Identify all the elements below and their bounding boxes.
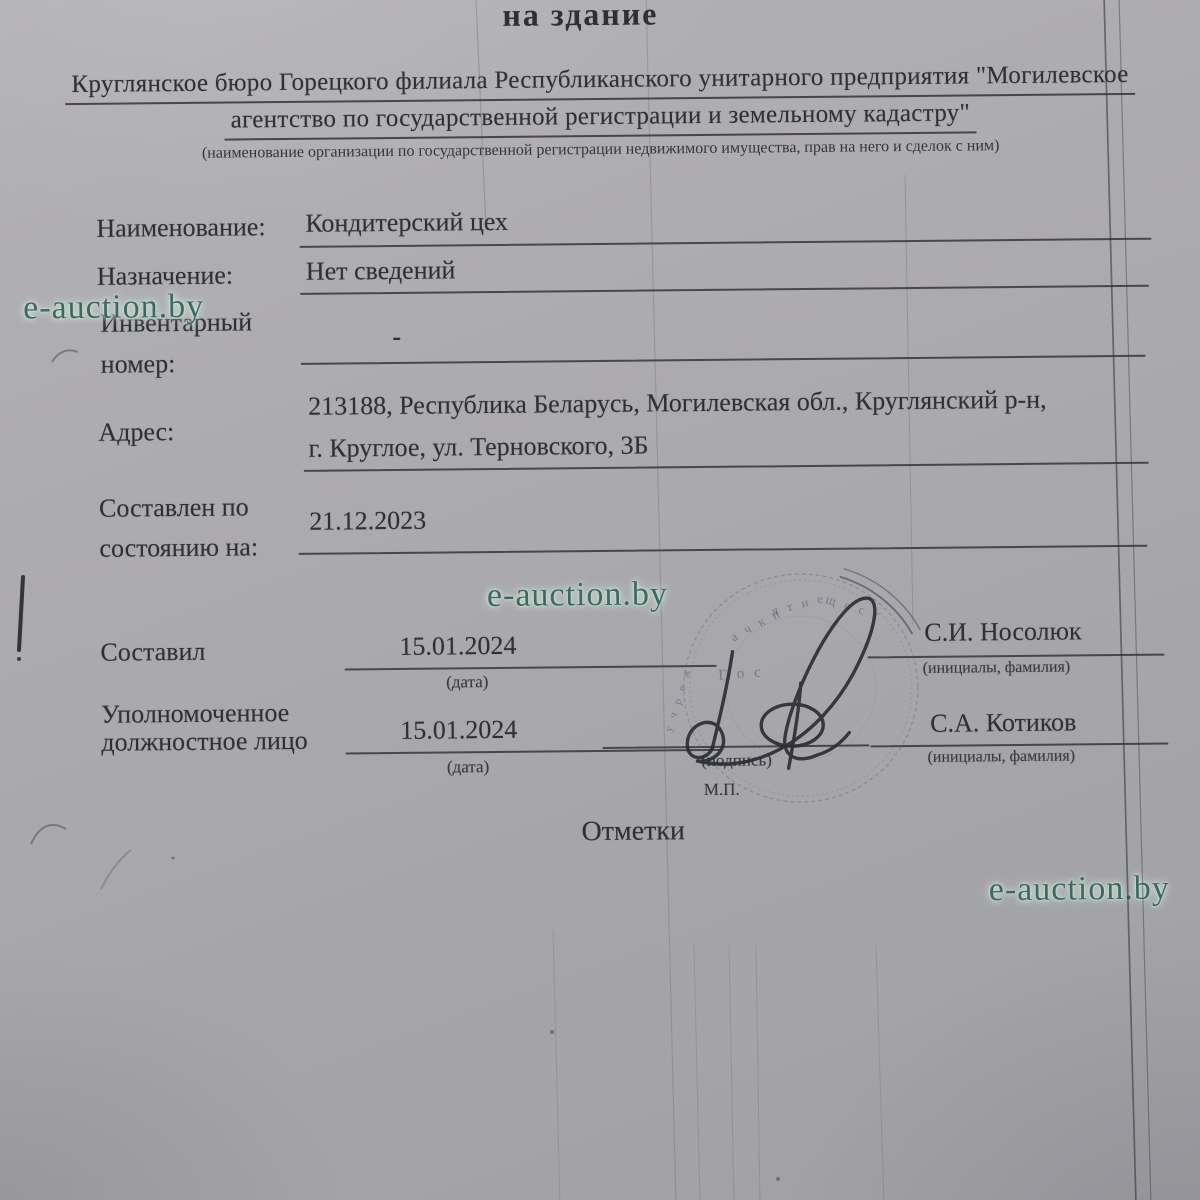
- right-edge-column-lines: [1104, 0, 1151, 1200]
- page-artifacts: [0, 0, 1200, 1200]
- fold-and-bleed-lines: [476, 0, 913, 1200]
- scanned-document-photo: на здание Круглянское бюро Горецкого фил…: [0, 0, 1200, 1200]
